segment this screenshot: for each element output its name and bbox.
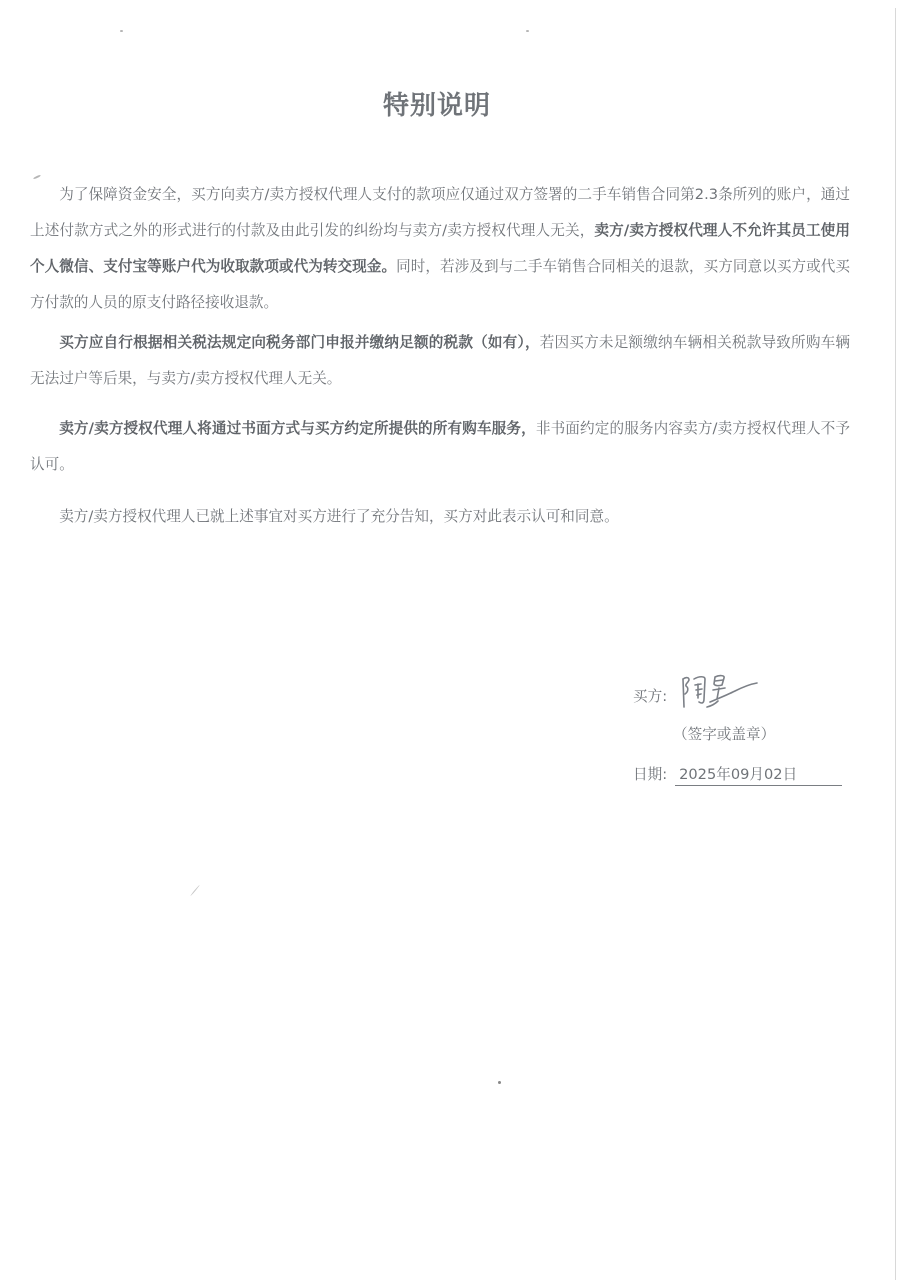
paragraph-text: 卖方/卖方授权代理人已就上述事宜对买方进行了充分告知，买方对此表示认可和同意。 — [59, 508, 618, 525]
paragraph-tax-obligation: 买方应自行根据相关税法规定向税务部门申报并缴纳足额的税款（如有），若因买方未足额… — [30, 325, 850, 397]
paragraph-acknowledgement: 卖方/卖方授权代理人已就上述事宜对买方进行了充分告知，买方对此表示认可和同意。 — [30, 499, 850, 535]
date-label: 日期: — [633, 763, 667, 784]
scan-page-edge — [895, 8, 896, 1280]
buyer-signature-row: 买方: — [633, 675, 667, 715]
scan-speck — [498, 1081, 501, 1084]
scan-speck — [120, 30, 123, 32]
date-value: 2025年09月02日 — [675, 765, 842, 786]
paragraph-payment-security: 为了保障资金安全，买方向卖方/卖方授权代理人支付的款项应仅通过双方签署的二手车销… — [30, 177, 850, 321]
scan-speck — [526, 30, 529, 32]
paragraph-written-services: 卖方/卖方授权代理人将通过书面方式与买方约定所提供的所有购车服务，非书面约定的服… — [30, 411, 850, 483]
paragraph-bold-text: 卖方/卖方授权代理人将通过书面方式与买方约定所提供的所有购车服务， — [59, 420, 536, 437]
sign-or-seal-note: （签字或盖章） — [673, 723, 775, 744]
scan-speck — [190, 885, 200, 896]
handwritten-signature — [677, 669, 767, 715]
paragraph-bold-text: 买方应自行根据相关税法规定向税务部门申报并缴纳足额的税款（如有）， — [59, 334, 540, 351]
date-row: 日期: 2025年09月02日 — [633, 763, 842, 786]
page-title: 特别说明 — [0, 85, 874, 122]
buyer-label: 买方: — [633, 685, 667, 706]
